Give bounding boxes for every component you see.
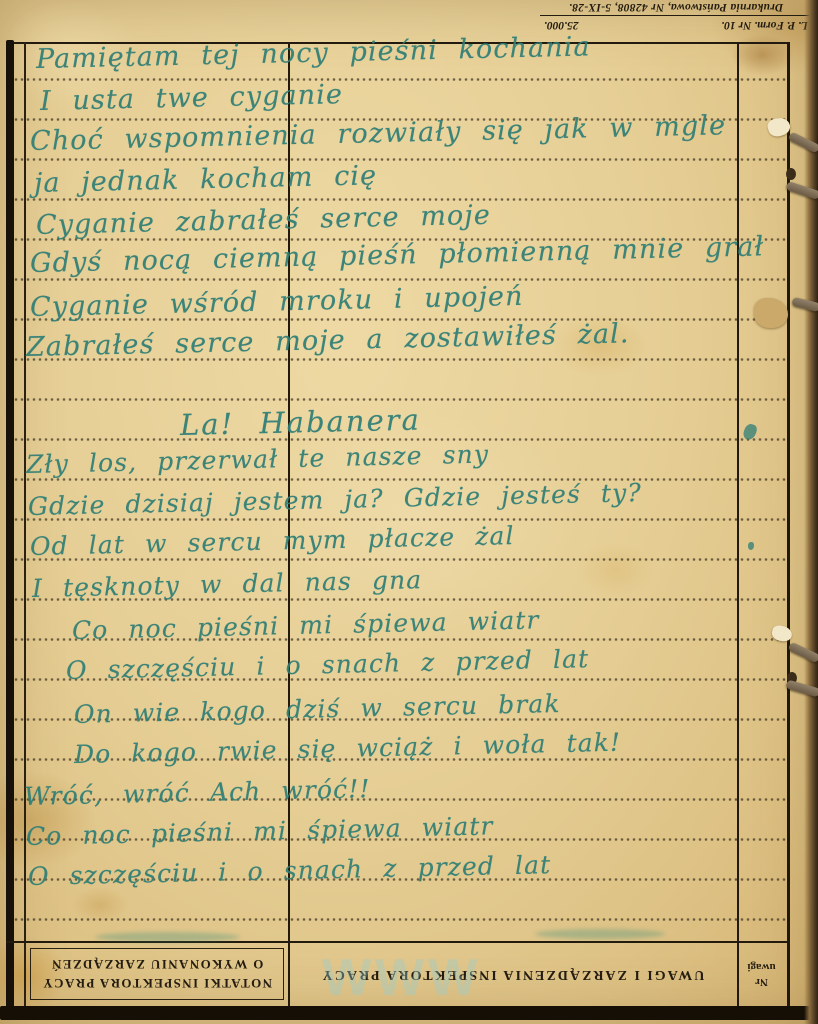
handwritten-line-7: Cyganie wśród mroku i upojeń (30, 281, 524, 323)
notebook-page: L. P. Form. Nr 10. 25.000. Drukarnia Pań… (0, 0, 818, 1024)
ink-smear-footer-left (95, 932, 240, 942)
song-title: La! Habanera (180, 403, 422, 442)
footer-left-line2: O WYKONANIU ZARZĄDZEŃ (42, 955, 272, 975)
margin-column-line (737, 42, 739, 1006)
handwritten-line-17: Wróć, wróć Ach wróć!! (24, 774, 371, 811)
handwritten-line-18: Co noc pieśni mi śpiewa wiatr (26, 811, 494, 851)
ink-smear-footer-right (535, 929, 665, 939)
binding-edge (804, 0, 818, 1024)
footer-middle-box: UWAGI I ZARZĄDZENIA INSPEKTORA PRACY (290, 944, 735, 1004)
handwritten-line-13: Co noc pieśni mi śpiewa wiatr (72, 605, 540, 645)
printed-header: L. P. Form. Nr 10. 25.000. Drukarnia Pań… (540, 1, 812, 32)
handwritten-line-19: O szczęściu i o snach z przed lat (28, 850, 552, 891)
handwritten-line-1: Pamiętam tej nocy pieśni kochania (36, 31, 591, 75)
footer-middle-label: UWAGI I ZARZĄDZENIA INSPEKTORA PRACY (321, 966, 705, 982)
ink-dot-margin (748, 542, 754, 550)
left-outer-border (6, 40, 14, 1018)
footer-uwagi-label: uwagi (747, 959, 775, 974)
handwritten-line-15: On wie kogo dziś w sercu brak (74, 689, 561, 729)
footer-nr-label: Nr (747, 974, 775, 989)
footer-divider-line (6, 941, 790, 943)
footer-nr-uwagi-box: Nr uwagi (739, 944, 784, 1004)
footer-left-line1: NOTATKI INSPEKTORA PRACY (42, 974, 272, 994)
handwritten-line-5: Cyganie zabrałeś serce moje (36, 200, 492, 241)
paper-tear-2 (754, 298, 788, 328)
handwritten-line-14: O szczęściu i o snach z przed lat (66, 644, 590, 685)
ink-smudge-margin (742, 422, 759, 441)
print-run-label: 25.000. (544, 19, 579, 31)
form-number-row: L. P. Form. Nr 10. 25.000. (540, 15, 812, 32)
left-inner-border (24, 42, 26, 1006)
handwritten-line-9: Zły los, przerwał te nasze sny (26, 439, 490, 478)
binding-hole-1 (786, 168, 796, 180)
form-number-label: L. P. Form. Nr 10. (721, 19, 808, 31)
handwritten-line-3: Choć wspomnienia rozwiały się jak w mgle (30, 110, 727, 157)
handwritten-line-16: Do kogo rwie się wciąż i woła tak! (74, 728, 622, 769)
handwritten-line-8: Zabrałeś serce moje a zostawiłeś żal. (26, 318, 630, 363)
printer-imprint-label: Drukarnia Państwowa, Nr 42808, 5-IX-28. (540, 1, 812, 15)
handwritten-line-4: ja jednak kocham cię (34, 160, 378, 199)
handwritten-line-10: Gdzie dzisiaj jestem ja? Gdzie jesteś ty… (28, 478, 642, 521)
bottom-frame-bar (0, 1006, 818, 1020)
handwritten-line-2: I usta twe cyganie (40, 79, 344, 117)
footer-left-box: NOTATKI INSPEKTORA PRACY O WYKONANIU ZAR… (26, 944, 288, 1004)
handwritten-line-12: I tęsknoty w dal nas gna (32, 565, 423, 603)
handwritten-line-11: Od lat w sercu mym płacze żal (30, 521, 515, 561)
